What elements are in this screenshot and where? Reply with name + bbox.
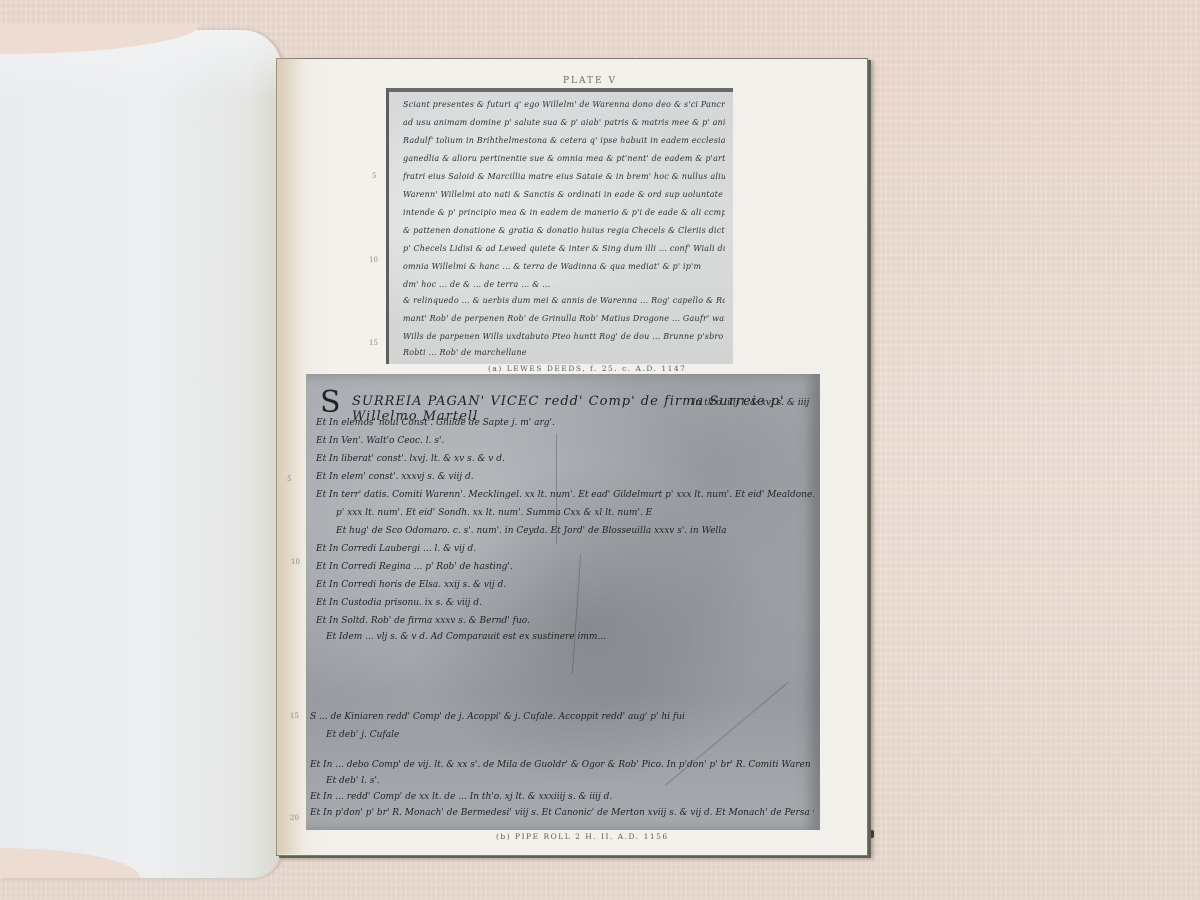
parchment-crease bbox=[556, 434, 557, 544]
lewes-line: & pattenen donatione & gratia & donatio … bbox=[403, 226, 725, 236]
lewes-line: Sciant presentes & futuri q' ego Willelm… bbox=[403, 100, 725, 110]
pipe-roll-facsimile: S SURREIA PAGAN' VICEC redd' Comp' de fi… bbox=[306, 374, 820, 830]
pipe-line-number: 20 bbox=[290, 814, 299, 822]
pipe-roll-line: Et In elem' const'. xxxvj s. & viij d. bbox=[316, 470, 676, 484]
lewes-line: fratri eius Saloid & Marcillia matre eiu… bbox=[403, 172, 725, 182]
pipe-roll-line: Et deb' j. Cufale bbox=[326, 728, 526, 742]
pipe-roll-line: Et In liberat' const'. lxvj. lt. & xv s.… bbox=[316, 452, 676, 466]
pipe-roll-line: p' xxx lt. num'. Et eid' Sondh. xx lt. n… bbox=[336, 506, 806, 520]
lewes-deeds-facsimile: Sciant presentes & futuri q' ego Willelm… bbox=[386, 88, 733, 364]
pipe-roll-line: Et In Corredi Regina ... p' Rob' de hast… bbox=[316, 560, 676, 574]
pipe-roll-line: Et In Corredi horis de Elsa. xxij s. & v… bbox=[316, 578, 676, 592]
left-page bbox=[0, 30, 282, 878]
pipe-roll-line: Et In Custodia prisonu. ix s. & viij d. bbox=[316, 596, 676, 610]
lewes-line: Warenn' Willelmi ato nati & Sanctis & or… bbox=[403, 190, 725, 200]
pipe-roll-heading-total: In th'o. iiij l. & xvj s. & iiij d. bbox=[692, 396, 812, 410]
pipe-roll-line: Et In Soltd. Rob' de firma xxxv s. & Ber… bbox=[316, 614, 676, 628]
lewes-line: ad usu animam domine p' salute sua & p' … bbox=[403, 118, 725, 128]
lewes-line: Robti ... Rob' de marchellane bbox=[403, 348, 725, 358]
pipe-roll-line: Et In ... redd' Comp' de xx lt. de ... I… bbox=[310, 790, 810, 804]
lewes-line-number: 15 bbox=[369, 339, 378, 347]
lewes-line: Wills de parpenen Wills uxdtabuto Pteo h… bbox=[403, 332, 725, 342]
pipe-roll-line: Et Idem ... vlj s. & v d. Ad Comparauit … bbox=[326, 630, 746, 644]
pipe-roll-line: Et hug' de Sco Odomaro. c. s'. num'. in … bbox=[336, 524, 806, 538]
lewes-line: ganedlia & alioru pertinentie sue & omni… bbox=[403, 154, 725, 164]
pipe-roll-line: Et In ... debo Comp' de vij. lt. & xx s'… bbox=[310, 758, 810, 772]
pipe-roll-line: Et deb' l. s'. bbox=[326, 774, 526, 788]
lewes-line: intende & p' principio mea & in eadem de… bbox=[403, 208, 725, 218]
pipe-roll-line: Et In Ven'. Walt'o Ceoc. l. s'. bbox=[316, 434, 676, 448]
pipe-roll-line: Et In Corredi Laubergi ... l. & vij d. bbox=[316, 542, 676, 556]
pipe-roll-initial-s: S bbox=[320, 388, 341, 418]
pipe-roll-line: S ... de Kiniaren redd' Comp' de j. Acop… bbox=[310, 710, 690, 724]
lewes-line: & relinquedo ... & uerbis dum mei & anni… bbox=[403, 296, 725, 306]
pipe-line-number: 10 bbox=[291, 558, 300, 566]
plate-title: PLATE V bbox=[520, 76, 660, 86]
pipe-line-number: 15 bbox=[290, 712, 299, 720]
pipe-roll-caption: (b) PIPE ROLL 2 H. II. A.D. 1156 bbox=[496, 832, 669, 841]
lewes-line: mant' Rob' de perpenen Rob' de Grinulla … bbox=[403, 314, 725, 324]
gutter-shadow bbox=[276, 58, 306, 854]
lewes-line: omnia Willelmi & hanc ... & terra de Wad… bbox=[403, 262, 725, 272]
lewes-line: dm' hoc ... de & ... de terra ... & ... bbox=[403, 280, 725, 290]
lewes-deeds-caption: (a) LEWES DEEDS, f. 25. c. A.D. 1147 bbox=[488, 364, 686, 373]
pipe-roll-line: Et In terr' datis. Comiti Warenn'. Meckl… bbox=[316, 488, 814, 502]
pipe-roll-line: Et In p'don' p' br' R. Monach' de Bermed… bbox=[310, 806, 814, 820]
lewes-line-number: 5 bbox=[372, 172, 376, 180]
board-nub-bottom bbox=[868, 830, 874, 838]
lewes-line-number: 10 bbox=[369, 256, 378, 264]
pipe-roll-line: Et In elemos' noui Const'. Ghilde de Sap… bbox=[316, 416, 676, 430]
pipe-line-number: 5 bbox=[287, 475, 291, 483]
lewes-line: Radulf' tolium in Brihthelmestona & cete… bbox=[403, 136, 725, 146]
lewes-line: p' Checels Lidisi & ad Lewed quiete & in… bbox=[403, 244, 725, 254]
